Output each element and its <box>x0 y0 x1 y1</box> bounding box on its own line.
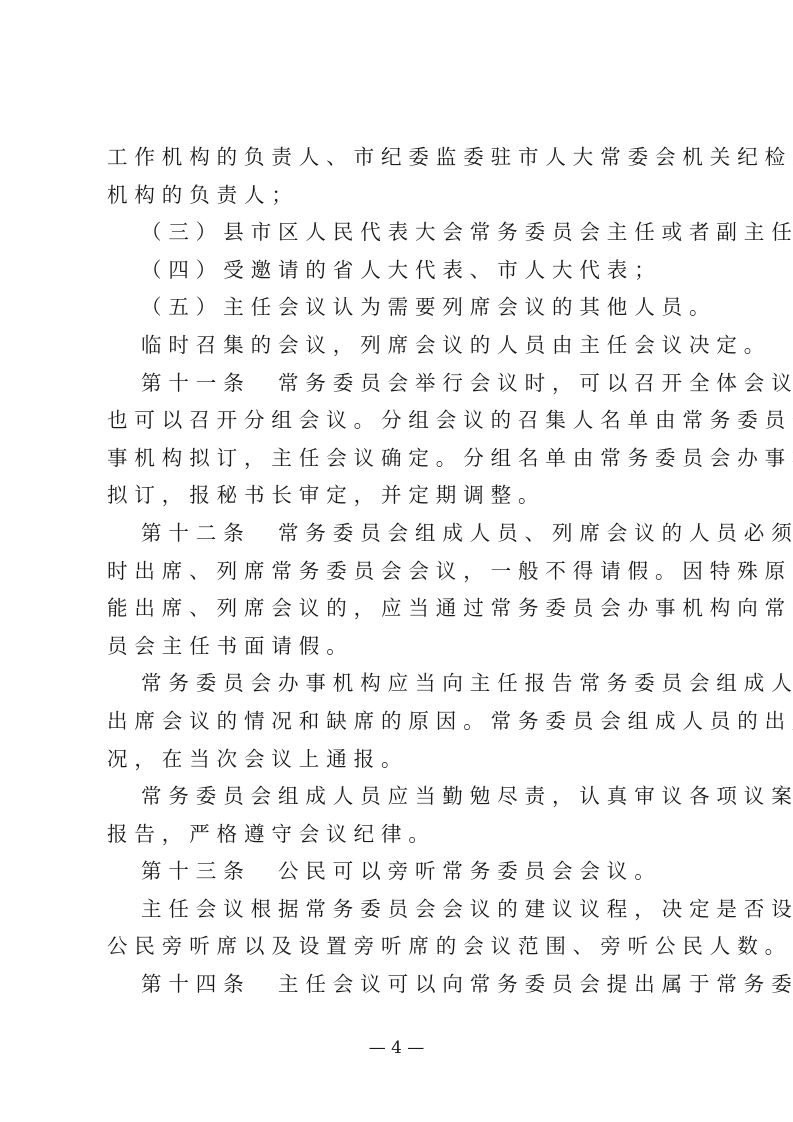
text-line: 况，在当次会议上通报。 <box>107 741 687 779</box>
article-13-heading-line: 第十三条 公民可以旁听常务委员会会议。 <box>107 853 687 891</box>
text-line: 事机构拟订，主任会议确定。分组名单由常务委员会办事机构 <box>107 440 687 478</box>
article-14-heading-line: 第十四条 主任会议可以向常务委员会提出属于常务委员 <box>107 966 687 1004</box>
text-line: 时出席、列席常务委员会会议，一般不得请假。因特殊原因不 <box>107 553 687 591</box>
paragraph-start: 常务委员会组成人员应当勤勉尽责，认真审议各项议案和 <box>107 778 687 816</box>
document-body: 工作机构的负责人、市纪委监委驻市人大常委会机关纪检监察 机构的负责人； （三）县… <box>107 139 687 1004</box>
paragraph-start: 常务委员会办事机构应当向主任报告常务委员会组成人员 <box>107 665 687 703</box>
text-line: 能出席、列席会议的，应当通过常务委员会办事机构向常务委 <box>107 590 687 628</box>
list-item-4: （四）受邀请的省人大代表、市人大代表； <box>107 252 687 290</box>
text-line: 机构的负责人； <box>107 177 687 215</box>
text-line: 报告，严格遵守会议纪律。 <box>107 816 687 854</box>
list-item-5: （五）主任会议认为需要列席会议的其他人员。 <box>107 289 687 327</box>
page-number: — 4 — <box>0 1038 793 1058</box>
paragraph-start: 主任会议根据常务委员会会议的建议议程，决定是否设置 <box>107 891 687 929</box>
text-line: 也可以召开分组会议。分组会议的召集人名单由常务委员会办 <box>107 402 687 440</box>
article-11-heading-line: 第十一条 常务委员会举行会议时，可以召开全体会议， <box>107 365 687 403</box>
article-12-heading-line: 第十二条 常务委员会组成人员、列席会议的人员必须按 <box>107 515 687 553</box>
text-line: 出席会议的情况和缺席的原因。常务委员会组成人员的出席情 <box>107 703 687 741</box>
text-line: 公民旁听席以及设置旁听席的会议范围、旁听公民人数。 <box>107 928 687 966</box>
text-line: 工作机构的负责人、市纪委监委驻市人大常委会机关纪检监察 <box>107 139 687 177</box>
text-line: 员会主任书面请假。 <box>107 628 687 666</box>
list-item-3: （三）县市区人民代表大会常务委员会主任或者副主任； <box>107 214 687 252</box>
text-line: 拟订，报秘书长审定，并定期调整。 <box>107 477 687 515</box>
paragraph-start: 临时召集的会议，列席会议的人员由主任会议决定。 <box>107 327 687 365</box>
